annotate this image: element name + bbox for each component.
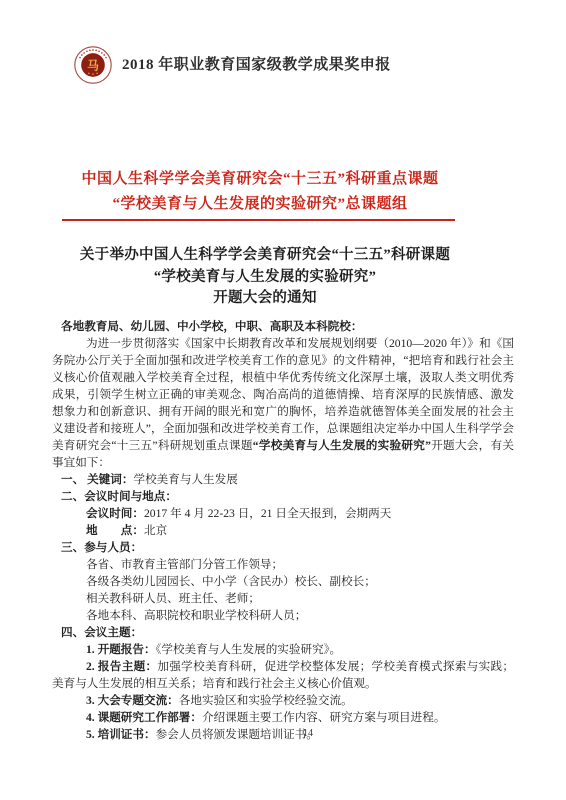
section-keywords: 一、 关键词：学校美育与人生发展 <box>52 471 514 488</box>
horse-icon: 马 <box>87 59 99 73</box>
page-header-title: 2018 年职业教育国家级教学成果奖申报 <box>122 53 391 74</box>
row-meeting-place: 地 点：北京 <box>52 522 514 539</box>
page-number: 14 <box>283 728 333 739</box>
agenda-item: 4. 课题研究工作部署：介绍课题主要工作内容、研究方案与项目进程。 <box>52 709 514 726</box>
intro-paragraph-bold-topic: “学校美育与人生发展的实验研究” <box>253 439 431 452</box>
agenda-item: 2. 报告主题：加强学校美育科研，促进学校整体发展；学校美育模式探索与实践；美育… <box>52 658 514 692</box>
letterhead-divider <box>62 219 455 221</box>
agenda-item-label: 5. 培训证书： <box>86 728 156 741</box>
letterhead-title: 中国人生科学学会美育研究会“十三五”科研重点课题 “学校美育与人生发展的实验研究… <box>40 167 480 217</box>
agenda-item: 1. 开题报告：《学校美育与人生发展的实验研究》。 <box>52 641 514 658</box>
organization-seal-icon: 马 <box>73 45 113 85</box>
participant-item: 各地本科、高职院校和职业学校科研人员； <box>52 607 514 624</box>
section-time-place-heading: 二、会议时间与地点： <box>52 488 514 505</box>
document-title: 关于举办中国人生科学学会美育研究会“十三五”科研课题 “学校美育与人生发展的实验… <box>42 245 488 310</box>
salutation-line: 各地教育局、幼儿园、中小学校，中职、高职及本科院校： <box>52 318 514 335</box>
participant-item: 相关教科研人员、班主任、老师； <box>52 590 514 607</box>
meeting-time-label: 会议时间： <box>86 507 144 520</box>
letterhead-title-line2: “学校美育与人生发展的实验研究”总课题组 <box>40 192 480 217</box>
document-title-line2: “学校美育与人生发展的实验研究” <box>42 267 488 289</box>
participant-item: 各级各类幼儿园园长、中小学（含民办）校长、副校长； <box>52 573 514 590</box>
intro-paragraph: 为进一步贯彻落实《国家中长期教育改革和发展规划纲要（2010—2020 年）》和… <box>52 335 514 471</box>
letterhead-title-line1: 中国人生科学学会美育研究会“十三五”科研重点课题 <box>40 167 480 192</box>
agenda-item-label: 1. 开题报告： <box>86 643 156 656</box>
agenda-item-text: 各地实验区和实验学校经验交流。 <box>179 694 353 707</box>
section-keywords-value: 学校美育与人生发展 <box>133 473 237 486</box>
meeting-place-label: 地 点： <box>86 524 144 537</box>
section-participants-heading: 三、参与人员： <box>52 539 514 556</box>
document-body: 各地教育局、幼儿园、中小学校，中职、高职及本科院校： 为进一步贯彻落实《国家中长… <box>52 318 514 743</box>
intro-paragraph-lead: 为进一步贯彻落实《国家中长期教育改革和发展规划纲要（2010—2020 年）》和… <box>52 337 514 452</box>
document-title-line1: 关于举办中国人生科学学会美育研究会“十三五”科研课题 <box>42 245 488 267</box>
row-meeting-time: 会议时间：2017 年 4 月 22-23 日，21 日全天报到，会期两天 <box>52 505 514 522</box>
agenda-item: 3. 大会专题交流：各地实验区和实验学校经验交流。 <box>52 692 514 709</box>
document-page: 马 2018 年职业教育国家级教学成果奖申报 中国人生科学学会美育研究会“十三五… <box>0 0 566 800</box>
meeting-time-value: 2017 年 4 月 22-23 日，21 日全天报到，会期两天 <box>144 507 391 520</box>
section-keywords-label: 一、 关键词： <box>61 473 133 486</box>
meeting-place-value: 北京 <box>144 524 167 537</box>
agenda-item-text: 《学校美育与人生发展的实验研究》。 <box>156 643 342 656</box>
agenda-item-label: 4. 课题研究工作部署： <box>86 711 202 724</box>
agenda-item-label: 3. 大会专题交流： <box>86 694 179 707</box>
agenda-item-text: 介绍课题主要工作内容、研究方案与项目进程。 <box>202 711 445 724</box>
agenda-item-label: 2. 报告主题： <box>86 660 157 673</box>
participant-item: 各省、市教育主管部门分管工作领导； <box>52 556 514 573</box>
section-agenda-heading: 四、会议主题： <box>52 624 514 641</box>
document-title-line3: 开题大会的通知 <box>42 288 488 310</box>
